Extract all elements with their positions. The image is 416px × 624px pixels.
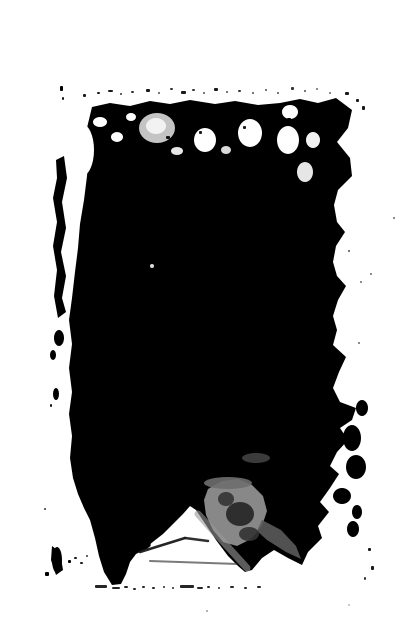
speckle-30 (243, 126, 246, 129)
bottom-dash-0 (95, 585, 107, 588)
detached-ink-blob-23 (352, 505, 362, 519)
speckle-38 (348, 250, 350, 252)
bottom-dash-14 (257, 586, 261, 588)
bottom-dash-12 (230, 586, 234, 588)
gray-remnant-17 (218, 492, 234, 506)
speckle-6 (170, 88, 173, 90)
speckle-14 (265, 89, 267, 91)
speckle-1 (108, 90, 113, 92)
speckle-15 (277, 92, 279, 94)
erosion-patch-7 (238, 119, 262, 147)
speckle-44 (371, 566, 374, 570)
speckle-16 (291, 87, 294, 90)
erosion-patch-9 (306, 132, 320, 148)
speckle-45 (364, 577, 366, 580)
bottom-dash-11 (218, 587, 220, 589)
bottom-dash-3 (133, 588, 136, 590)
bottom-dash-4 (142, 586, 145, 588)
erosion-patch-6 (194, 128, 216, 152)
speckle-22 (362, 106, 365, 110)
bottom-dash-10 (207, 586, 210, 588)
speckle-41 (358, 342, 360, 344)
speckle-35 (74, 557, 77, 559)
degraded-ink-plate-graphic (0, 0, 416, 624)
erosion-patch-1 (93, 117, 107, 127)
bottom-dash-6 (163, 586, 165, 588)
speckle-21 (356, 99, 359, 102)
speckle-36 (80, 562, 83, 564)
gray-remnant-15 (204, 477, 252, 489)
erosion-patch-2 (111, 132, 123, 142)
speckle-24 (62, 97, 64, 100)
speckle-20 (345, 92, 349, 95)
scanned-page (0, 0, 416, 624)
detached-ink-blob-26 (54, 330, 64, 346)
erosion-patch-10 (282, 105, 298, 119)
speckle-23 (60, 86, 63, 91)
speckle-13 (252, 92, 254, 94)
speckle-26 (287, 118, 291, 121)
detached-ink-blob-21 (346, 455, 366, 479)
erosion-patch-14 (150, 264, 154, 268)
speckle-31 (50, 404, 52, 407)
speckle-4 (146, 89, 150, 92)
speckle-10 (214, 88, 218, 91)
speckle-32 (44, 508, 46, 510)
speckle-29 (199, 131, 202, 134)
erosion-patch-13 (221, 146, 231, 154)
erosion-patch-11 (297, 162, 313, 182)
bottom-dash-1 (112, 587, 120, 589)
gray-remnant-19 (242, 453, 270, 463)
erosion-patch-8 (277, 126, 299, 154)
detached-ink-blob-25 (356, 400, 368, 416)
speckle-33 (45, 572, 49, 576)
speckle-7 (181, 91, 186, 94)
bottom-dash-5 (152, 587, 155, 589)
bottom-dash-13 (244, 587, 247, 589)
speckle-19 (329, 92, 331, 94)
erosion-patch-5 (146, 118, 166, 134)
speckle-43 (368, 548, 371, 551)
speckle-27 (295, 150, 298, 153)
speckle-28 (166, 136, 170, 139)
speckle-2 (120, 93, 122, 95)
speckle-46 (206, 610, 208, 612)
bottom-dash-8 (180, 585, 194, 588)
erosion-patch-0 (70, 124, 94, 176)
gray-remnant-18 (239, 527, 259, 541)
speckle-42 (393, 217, 395, 219)
speckle-18 (316, 88, 318, 90)
speckle-0 (97, 92, 100, 94)
detached-ink-blob-28 (53, 388, 59, 400)
bottom-dash-7 (172, 587, 174, 589)
detached-ink-blob-22 (333, 488, 351, 504)
speckle-12 (238, 90, 241, 92)
speckle-47 (348, 604, 350, 606)
detached-ink-blob-27 (50, 350, 56, 360)
detached-ink-blob-29 (52, 547, 62, 573)
speckle-34 (68, 560, 71, 563)
bottom-dash-9 (197, 587, 203, 589)
speckle-8 (192, 89, 195, 91)
speckle-39 (370, 273, 372, 275)
detached-ink-blob-24 (347, 521, 359, 537)
speckle-17 (304, 90, 306, 92)
bottom-dash-2 (124, 586, 128, 588)
speckle-25 (83, 94, 86, 97)
speckle-11 (226, 91, 228, 93)
erosion-patch-12 (171, 147, 183, 155)
speckle-40 (360, 281, 362, 283)
speckle-37 (86, 555, 88, 557)
speckle-5 (158, 92, 160, 94)
gray-remnant-16 (226, 502, 254, 526)
erosion-patch-3 (126, 113, 136, 121)
speckle-9 (203, 92, 205, 94)
speckle-3 (131, 91, 134, 93)
detached-ink-blob-20 (343, 425, 361, 451)
